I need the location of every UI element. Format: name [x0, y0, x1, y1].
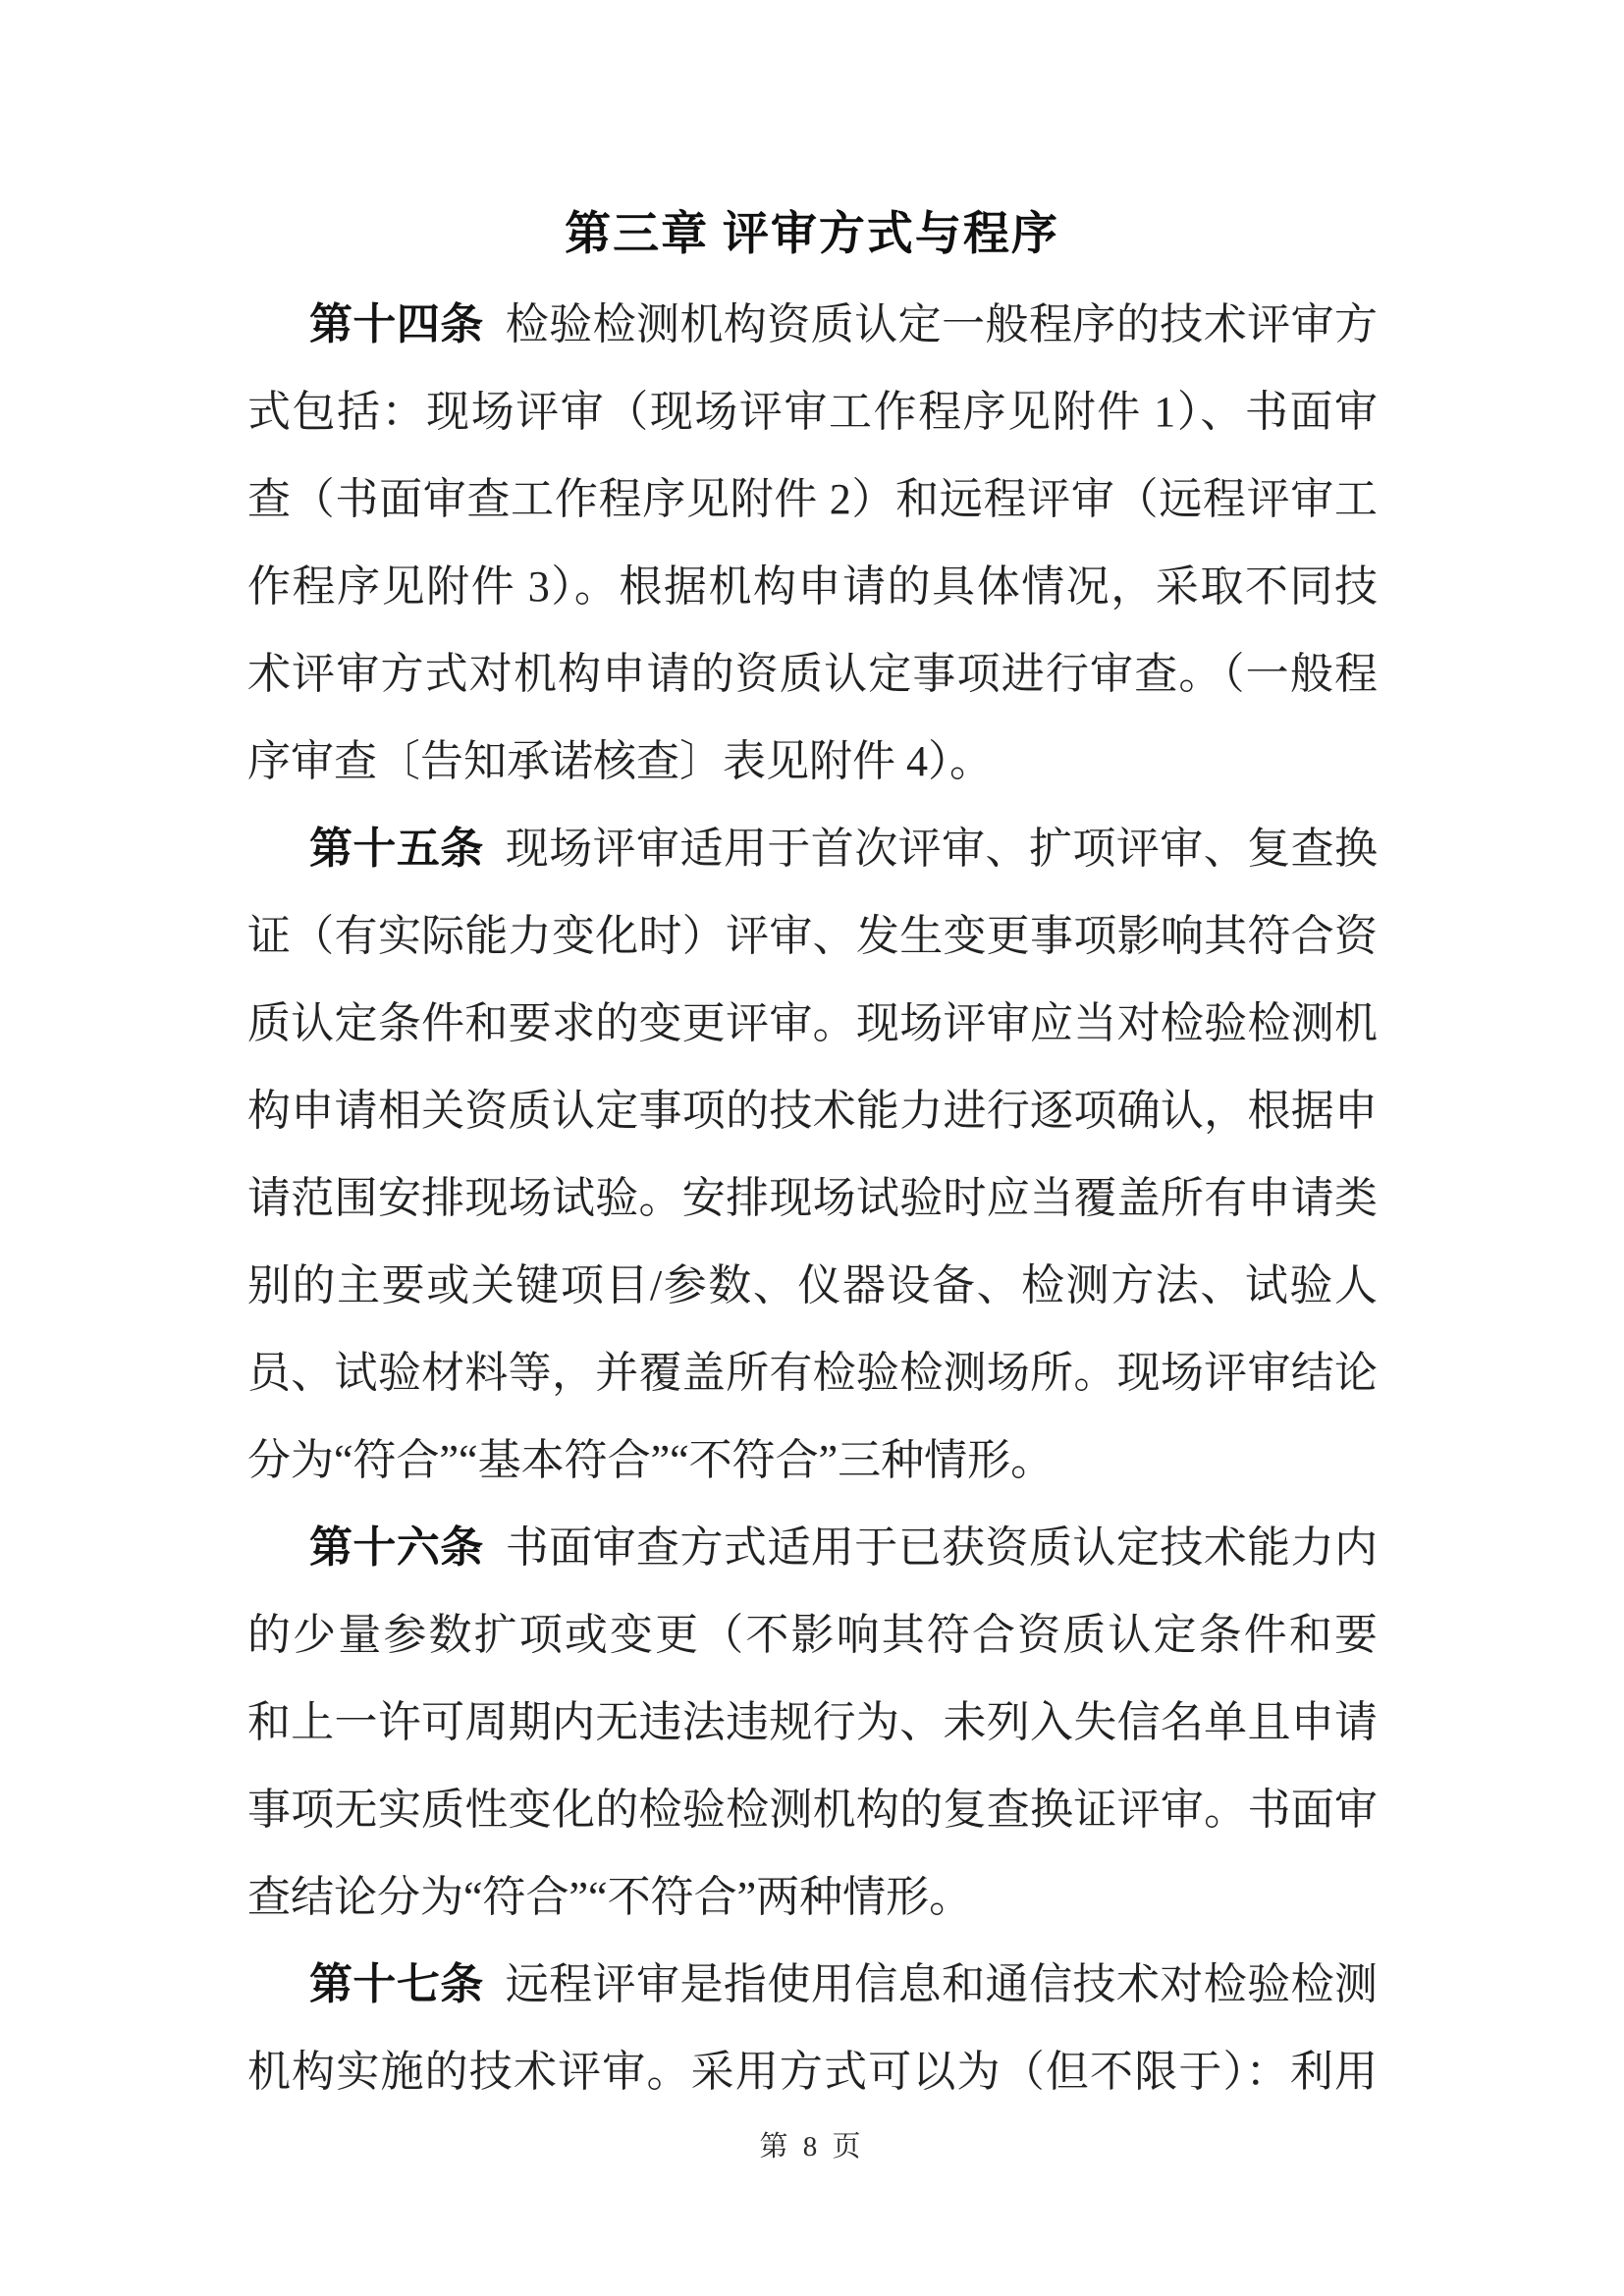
- paragraph-article-15-line: 请范围安排现场试验。安排现场试验时应当覆盖所有申请类: [247, 1154, 1378, 1242]
- paragraph-article-15-line: 分为“符合”“基本符合”“不符合”三种情形。: [247, 1416, 1378, 1504]
- paragraph-article-15-line: 质认定条件和要求的变更评审。现场评审应当对检验检测机: [247, 980, 1378, 1067]
- line-text: 检验检测机构资质认定一般程序的技术评审方: [506, 300, 1378, 348]
- paragraph-article-14-line: 式包括：现场评审（现场评审工作程序见附件 1）、书面审: [247, 368, 1378, 455]
- article-number: 第十七条: [309, 1960, 484, 2008]
- paragraph-article-17-line: 第十七条远程评审是指使用信息和通信技术对检验检测: [247, 1941, 1378, 2028]
- paragraph-article-15-line: 员、试验材料等，并覆盖所有检验检测场所。现场评审结论: [247, 1329, 1378, 1416]
- paragraph-article-16-line: 查结论分为“符合”“不符合”两种情形。: [247, 1853, 1378, 1941]
- paragraph-article-14-line: 第十四条检验检测机构资质认定一般程序的技术评审方: [247, 281, 1378, 368]
- paragraph-article-14-line: 术评审方式对机构申请的资质认定事项进行审查。（一般程: [247, 630, 1378, 718]
- line-text: 远程评审是指使用信息和通信技术对检验检测: [506, 1960, 1378, 2008]
- paragraph-article-14-line: 查（书面审查工作程序见附件 2）和远程评审（远程评审工: [247, 455, 1378, 543]
- paragraph-article-14-line: 序审查〔告知承诺核查〕表见附件 4）。: [247, 718, 1378, 805]
- paragraph-article-14-line: 作程序见附件 3）。根据机构申请的具体情况，采取不同技: [247, 543, 1378, 630]
- paragraph-article-15-line: 构申请相关资质认定事项的技术能力进行逐项确认，根据申: [247, 1067, 1378, 1154]
- article-number: 第十四条: [309, 300, 484, 348]
- document-body: 第十四条检验检测机构资质认定一般程序的技术评审方 式包括：现场评审（现场评审工作…: [247, 281, 1378, 2115]
- paragraph-article-16-line: 第十六条书面审查方式适用于已获资质认定技术能力内: [247, 1504, 1378, 1591]
- paragraph-article-16-line: 和上一许可周期内无违法违规行为、未列入失信名单且申请: [247, 1679, 1378, 1766]
- paragraph-article-16-line: 事项无实质性变化的检验检测机构的复查换证评审。书面审: [247, 1766, 1378, 1853]
- page-number: 第 8 页: [0, 2124, 1624, 2163]
- chapter-heading: 第三章 评审方式与程序: [0, 0, 1624, 260]
- paragraph-article-17-line: 机构实施的技术评审。采用方式可以为（但不限于）：利用: [247, 2028, 1378, 2115]
- article-number: 第十五条: [309, 825, 484, 873]
- line-text: 现场评审适用于首次评审、扩项评审、复查换: [506, 825, 1378, 873]
- document-page: 第三章 评审方式与程序 第十四条检验检测机构资质认定一般程序的技术评审方 式包括…: [0, 0, 1624, 2296]
- article-number: 第十六条: [309, 1523, 484, 1572]
- paragraph-article-15-line: 别的主要或关键项目/参数、仪器设备、检测方法、试验人: [247, 1242, 1378, 1329]
- paragraph-article-15-line: 证（有实际能力变化时）评审、发生变更事项影响其符合资: [247, 892, 1378, 980]
- paragraph-article-16-line: 的少量参数扩项或变更（不影响其符合资质认定条件和要求）: [247, 1591, 1378, 1679]
- line-text: 书面审查方式适用于已获资质认定技术能力内: [506, 1523, 1378, 1572]
- paragraph-article-15-line: 第十五条现场评审适用于首次评审、扩项评审、复查换: [247, 805, 1378, 892]
